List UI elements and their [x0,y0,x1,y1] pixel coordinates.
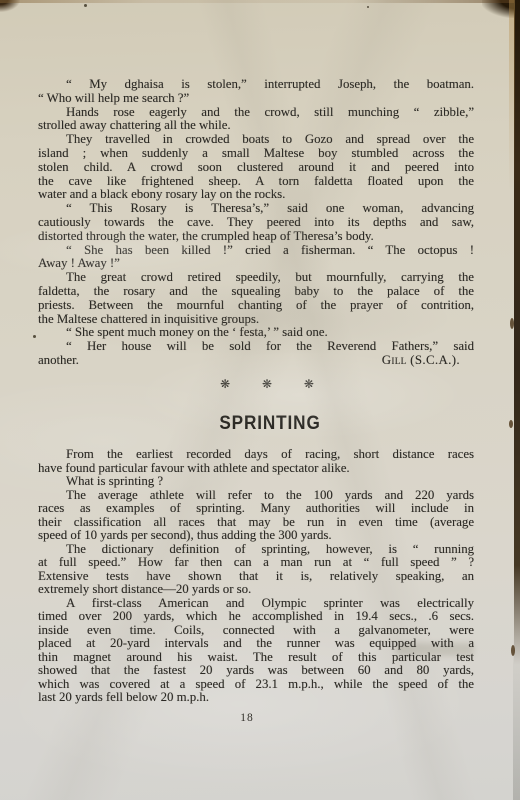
asterisk-ornament-icon: ❋ [262,377,272,391]
text-line: cautiously towards the cave. They peered… [38,216,474,230]
article-title: SPRINTING [78,413,462,434]
page-corner-wear-top-left [0,0,20,12]
text-line: “ Her house will be sold for the Reveren… [38,340,474,354]
text-line: From the earliest recorded days of racin… [38,448,474,462]
page-corner-wear-top-right [482,0,520,18]
text-line: “ Who will help me search ?” [38,92,474,106]
text-line: speed of 10 yards per second), thus addi… [38,529,474,543]
story-closing-line: another. Gill (S.C.A.). [38,354,474,368]
page-bottom-right-edge [513,630,520,800]
text-line: stolen child. A crowd soon clustered aro… [38,161,474,175]
article-text-block: From the earliest recorded days of racin… [38,448,474,705]
text-line: races as examples of sprinting. Many aut… [38,502,474,516]
asterisk-ornament-icon: ❋ [304,377,314,391]
paper-speck [367,6,369,8]
text-line: “ She spent much money on the ‘ festa,’ … [38,326,474,340]
text-line: distorted through the water, the crumple… [38,230,474,244]
text-line: The great crowd retired speedily, but mo… [38,271,474,285]
closing-word: another. [38,354,79,368]
paper-speck [33,335,36,338]
edge-stain [509,420,513,428]
text-line: inside even time. Coils, connected with … [38,624,474,638]
page-right-edge-shadow [514,0,520,665]
edge-stain [511,645,515,656]
section-separator: ❋ ❋ ❋ [49,377,485,391]
text-line: They travelled in crowded boats to Gozo … [38,133,474,147]
text-line: “ My dghaisa is stolen,” interrupted Jos… [38,78,474,92]
text-line: placed at 20-yard intervals and the runn… [38,637,474,651]
text-line: have found particular favour with athlet… [38,462,474,476]
text-line: A first-class American and Olympic sprin… [38,597,474,611]
text-line: at full speed.” How far then can a man r… [38,556,474,570]
text-line: What is sprinting ? [38,475,474,489]
page-right-edge-foxing [509,0,515,190]
author-credit: Gill (S.C.A.). [382,354,460,368]
page-top-edge-shadow [0,0,520,3]
text-line: The average athlete will refer to the 10… [38,489,474,503]
asterisk-ornament-icon: ❋ [220,377,230,391]
scanned-book-page: “ My dghaisa is stolen,” interrupted Jos… [0,0,520,800]
story-text-block: “ My dghaisa is stolen,” interrupted Jos… [38,78,474,354]
text-line: priests. Between the mournful chanting o… [38,299,474,313]
text-line: The dictionary definition of sprinting, … [38,543,474,557]
text-line: extremely short distance—20 yards or so. [38,583,474,597]
text-line: Extensive tests have shown that it is, r… [38,570,474,584]
text-line: “ She has been killed !” cried a fisherm… [38,244,474,258]
text-line: Hands rose eagerly and the crowd, still … [38,106,474,120]
text-line: island ; when suddenly a small Maltese b… [38,147,474,161]
page-number: 18 [29,712,465,724]
text-line: the Maltese chattered in inquisitive gro… [38,313,474,327]
text-line: which was covered at a speed of 23.1 m.p… [38,678,474,692]
text-line: strolled away chattering all the while. [38,119,474,133]
paper-speck [84,4,87,7]
text-line: water and a black ebony rosary lay on th… [38,188,474,202]
text-line: showed that the fastest 20 yards was bet… [38,664,474,678]
text-line: “ This Rosary is Theresa’s,” said one wo… [38,202,474,216]
text-line: timed over 200 yards, which he accomplis… [38,610,474,624]
edge-stain [510,318,514,329]
text-line: last 20 yards fell below 20 m.p.h. [38,691,474,705]
text-line: the cave like frightened sheep. A torn f… [38,175,474,189]
text-line: faldetta, the rosary and the squealing b… [38,285,474,299]
text-line: their classification all races that may … [38,516,474,530]
text-line: thin magnet around his waist. The result… [38,651,474,665]
text-line: Away ! Away !” [38,257,474,271]
